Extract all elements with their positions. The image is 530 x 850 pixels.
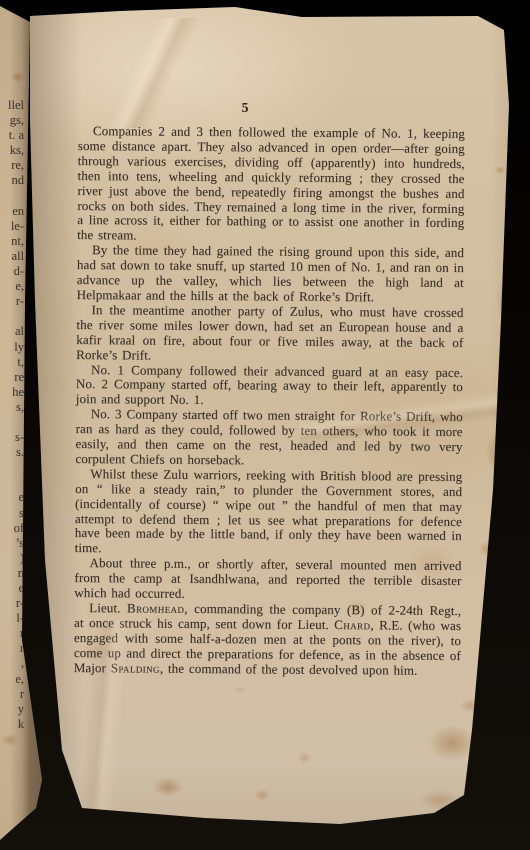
person-name-smallcaps: Bromhead [127,600,184,615]
person-name-smallcaps: Spalding [111,660,160,675]
gutter-fragment: e [0,490,24,505]
paragraph: In the meantime another party of Zulus, … [76,303,463,366]
gutter-fragment: nd [0,173,24,188]
photo-backdrop: 5 Companies 2 and 3 then followed the ex… [0,0,530,850]
gutter-fragment: t. a [0,128,24,143]
paragraph: Companies 2 and 3 then followed the exam… [77,124,465,246]
gutter-fragment: en [0,204,24,219]
gutter-fragment [0,475,24,490]
gutter-fragment: r [0,687,24,702]
page-number: 5 [232,100,258,116]
gutter-fragment: s, [0,400,24,415]
paragraph: Whilst these Zulu warriors, reeking with… [75,467,463,559]
gutter-fragment: d- [0,264,24,279]
gutter-fragment: e, [0,279,24,294]
person-name-smallcaps: Chard [334,617,370,632]
gutter-fragment: k [0,717,24,732]
gutter-text-fragments: llelgs,t. aks,re,ndenle-nt,alld-e,r-ally… [0,98,24,732]
gutter-fragment: le- [0,219,24,234]
gutter-fragment: s. [0,445,24,460]
gutter-fragment: e [0,581,24,596]
text-run: Companies 2 and 3 then followed the exam… [77,123,465,243]
gutter-fragment [0,309,24,324]
text-run: In the meantime another party of Zulus, … [76,302,463,362]
gutter-fragment: t, [0,355,24,370]
gutter-fragment: r- [0,596,24,611]
gutter-fragment: gs, [0,113,24,128]
gutter-fragment: re, [0,158,24,173]
gutter-fragment: s- [0,430,24,445]
gutter-fragment: e, [0,672,24,687]
gutter-fragment: ’s [0,536,24,551]
paragraph: By the time they had gained the rising g… [77,243,464,306]
gutter-fragment: al [0,324,24,339]
gutter-fragment: r [0,641,24,656]
paragraph: No. 3 Company started off two men straig… [75,407,462,470]
gutter-fragment: s [0,506,24,521]
paragraph: No. 1 Company followed their advanced gu… [76,362,463,410]
gutter-fragment: ly [0,340,24,355]
gutter-fragment: r- [0,294,24,309]
gutter-fragment: y [0,702,24,717]
gutter-fragment [0,460,24,475]
text-run: About three p.m., or shortly after, seve… [74,555,461,601]
text-run: Whilst these Zulu warriors, reeking with… [75,466,463,556]
text-run: No. 1 Company followed their advanced gu… [76,362,463,408]
gutter-fragment: l- [0,611,24,626]
gutter-fragment: ) [0,551,24,566]
gutter-fragment: llel [0,98,24,113]
gutter-fragment: n [0,566,24,581]
gutter-fragment: nt, [0,234,24,249]
gutter-fragment: he [0,385,24,400]
gutter-fragment: of [0,521,24,536]
gutter-fragment [0,415,24,430]
gutter-fragment: r [0,626,24,641]
paragraph: Lieut. Bromhead, commanding the company … [74,601,462,679]
text-run: By the time they had gained the rising g… [77,242,464,304]
text-run: No. 3 Company started off two men straig… [75,406,462,467]
gutter-fragment: re [0,370,24,385]
gutter-fragment [0,189,24,204]
page-text: Companies 2 and 3 then followed the exam… [74,124,465,679]
gutter-fragment: all [0,249,24,264]
text-run: , the command of the post devolved upon … [160,660,418,677]
book-page: 5 Companies 2 and 3 then followed the ex… [0,0,530,850]
paragraph: About three p.m., or shortly after, seve… [74,556,461,604]
gutter-fragment: ks, [0,143,24,158]
gutter-fragment: , [0,656,24,671]
text-run: Lieut. [89,600,127,615]
